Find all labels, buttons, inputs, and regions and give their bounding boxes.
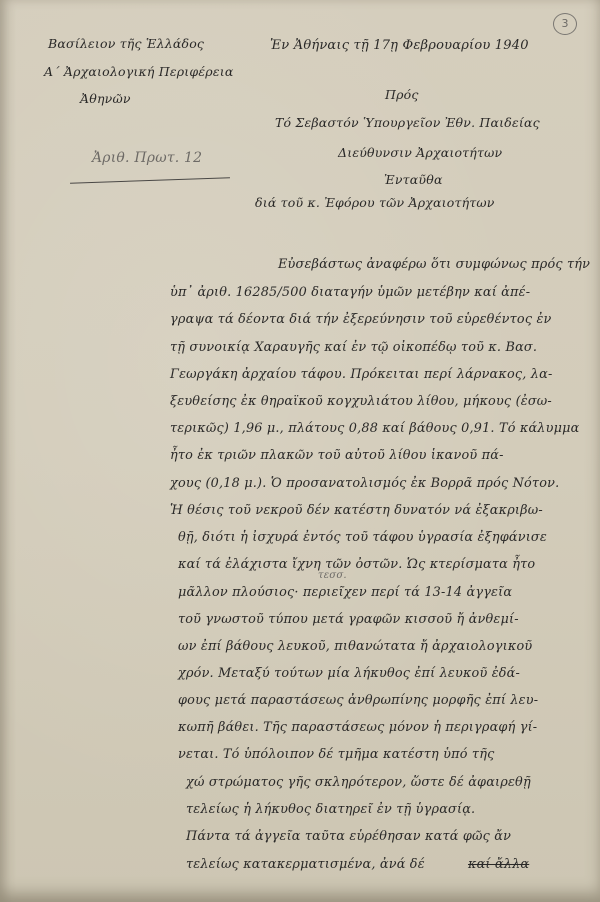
body-line: χώ στρώματος γῆς σκληρότερον, ὥστε δέ ἀφ… bbox=[186, 775, 531, 790]
body-line: θῇ, διότι ἡ ἰσχυρά ἐντός τοῦ τάφου ὑγρασ… bbox=[178, 530, 547, 545]
reference-number: Ἀριθ. Πρωτ. 12 bbox=[92, 150, 202, 166]
recipient-line-1: Τό Σεβαστόν Ὑπουργεῖον Ἐθν. Παιδείας bbox=[275, 115, 540, 130]
recipient-line-4: διά τοῦ κ. Ἐφόρου τῶν Ἀρχαιοτήτων bbox=[255, 195, 495, 210]
body-line: Εὐσεβάστως ἀναφέρω ὅτι συμφώνως πρός τήν bbox=[278, 257, 590, 272]
body-line: ἦτο ἐκ τριῶν πλακῶν τοῦ αὐτοῦ λίθου ἱκαν… bbox=[170, 448, 504, 463]
pencil-insertion: τεσσ. bbox=[318, 570, 347, 581]
sender-line-2: Α΄ Ἀρχαιολογική Περιφέρεια bbox=[44, 64, 233, 79]
body-line: νεται. Τό ὑπόλοιπον δέ τμῆμα κατέστη ὑπό… bbox=[178, 747, 494, 762]
body-line: τελείως ἡ λήκυθος διατηρεῖ ἐν τῇ ὑγρασίᾳ… bbox=[186, 802, 475, 817]
scanned-letter-page: 3 Βασίλειον τῆς Ἑλλάδος Α΄ Ἀρχαιολογική … bbox=[0, 0, 600, 902]
body-line: καί τά ἐλάχιστα ἴχνη τῶν ὀστῶν. Ὡς κτερί… bbox=[178, 557, 535, 572]
body-line: κωπῆ βάθει. Τῆς παραστάσεως μόνον ἡ περι… bbox=[178, 720, 537, 735]
body-line: τελείως κατακερματισμένα, ἀνά δέ bbox=[186, 857, 425, 872]
body-line: μᾶλλον πλούσιος· περιεῖχεν περί τά 13-14… bbox=[178, 585, 512, 600]
to-label: Πρός bbox=[385, 87, 419, 102]
page-number-mark: 3 bbox=[553, 13, 577, 35]
body-line: τοῦ γνωστοῦ τύπου μετά γραφῶν κισσοῦ ἤ ἀ… bbox=[178, 612, 519, 627]
body-line: Ἡ θέσις τοῦ νεκροῦ δέν κατέστη δυνατόν ν… bbox=[170, 503, 543, 518]
body-line: γραψα τά δέοντα διά τήν ἐξερεύνησιν τοῦ … bbox=[170, 312, 552, 327]
body-line: Πάντα τά ἀγγεῖα ταῦτα εὑρέθησαν κατά φῶς… bbox=[186, 829, 511, 844]
body-line: ων ἐπί βάθους λευκοῦ, πιθανώτατα ἤ ἀρχαι… bbox=[178, 639, 532, 654]
body-line: τῇ συνοικίᾳ Χαραυγῆς καί ἐν τῷ οἰκοπέδῳ … bbox=[170, 340, 537, 355]
reference-underline bbox=[70, 177, 230, 184]
body-line: ὑπ᾽ ἀριθ. 16285/500 διαταγήν ὑμῶν μετέβη… bbox=[170, 285, 530, 300]
recipient-line-3: Ἐνταῦθα bbox=[384, 172, 443, 187]
body-line: Γεωργάκη ἀρχαίου τάφου. Πρόκειται περί λ… bbox=[170, 367, 552, 382]
sender-line-1: Βασίλειον τῆς Ἑλλάδος bbox=[48, 36, 204, 51]
body-line: χρόν. Μεταξύ τούτων μία λήκυθος ἐπί λευκ… bbox=[178, 666, 520, 681]
body-line: χους (0,18 μ.). Ὁ προσανατολισμός ἐκ Βορ… bbox=[170, 476, 559, 491]
struck-through-text: καί ἄλλα bbox=[468, 857, 529, 872]
body-line: τερικῶς) 1,96 μ., πλάτους 0,88 καί βάθου… bbox=[170, 421, 579, 436]
place-and-date: Ἐν Ἀθήναις τῇ 17ῃ Φεβρουαρίου 1940 bbox=[270, 38, 529, 53]
recipient-line-2: Διεύθυνσιν Ἀρχαιοτήτων bbox=[338, 145, 502, 160]
body-line: ξευθείσης ἐκ θηραϊκοῦ κογχυλιάτου λίθου,… bbox=[170, 394, 552, 409]
sender-line-3: Ἀθηνῶν bbox=[80, 91, 131, 106]
body-line: φους μετά παραστάσεως ἀνθρωπίνης μορφῆς … bbox=[178, 693, 538, 708]
